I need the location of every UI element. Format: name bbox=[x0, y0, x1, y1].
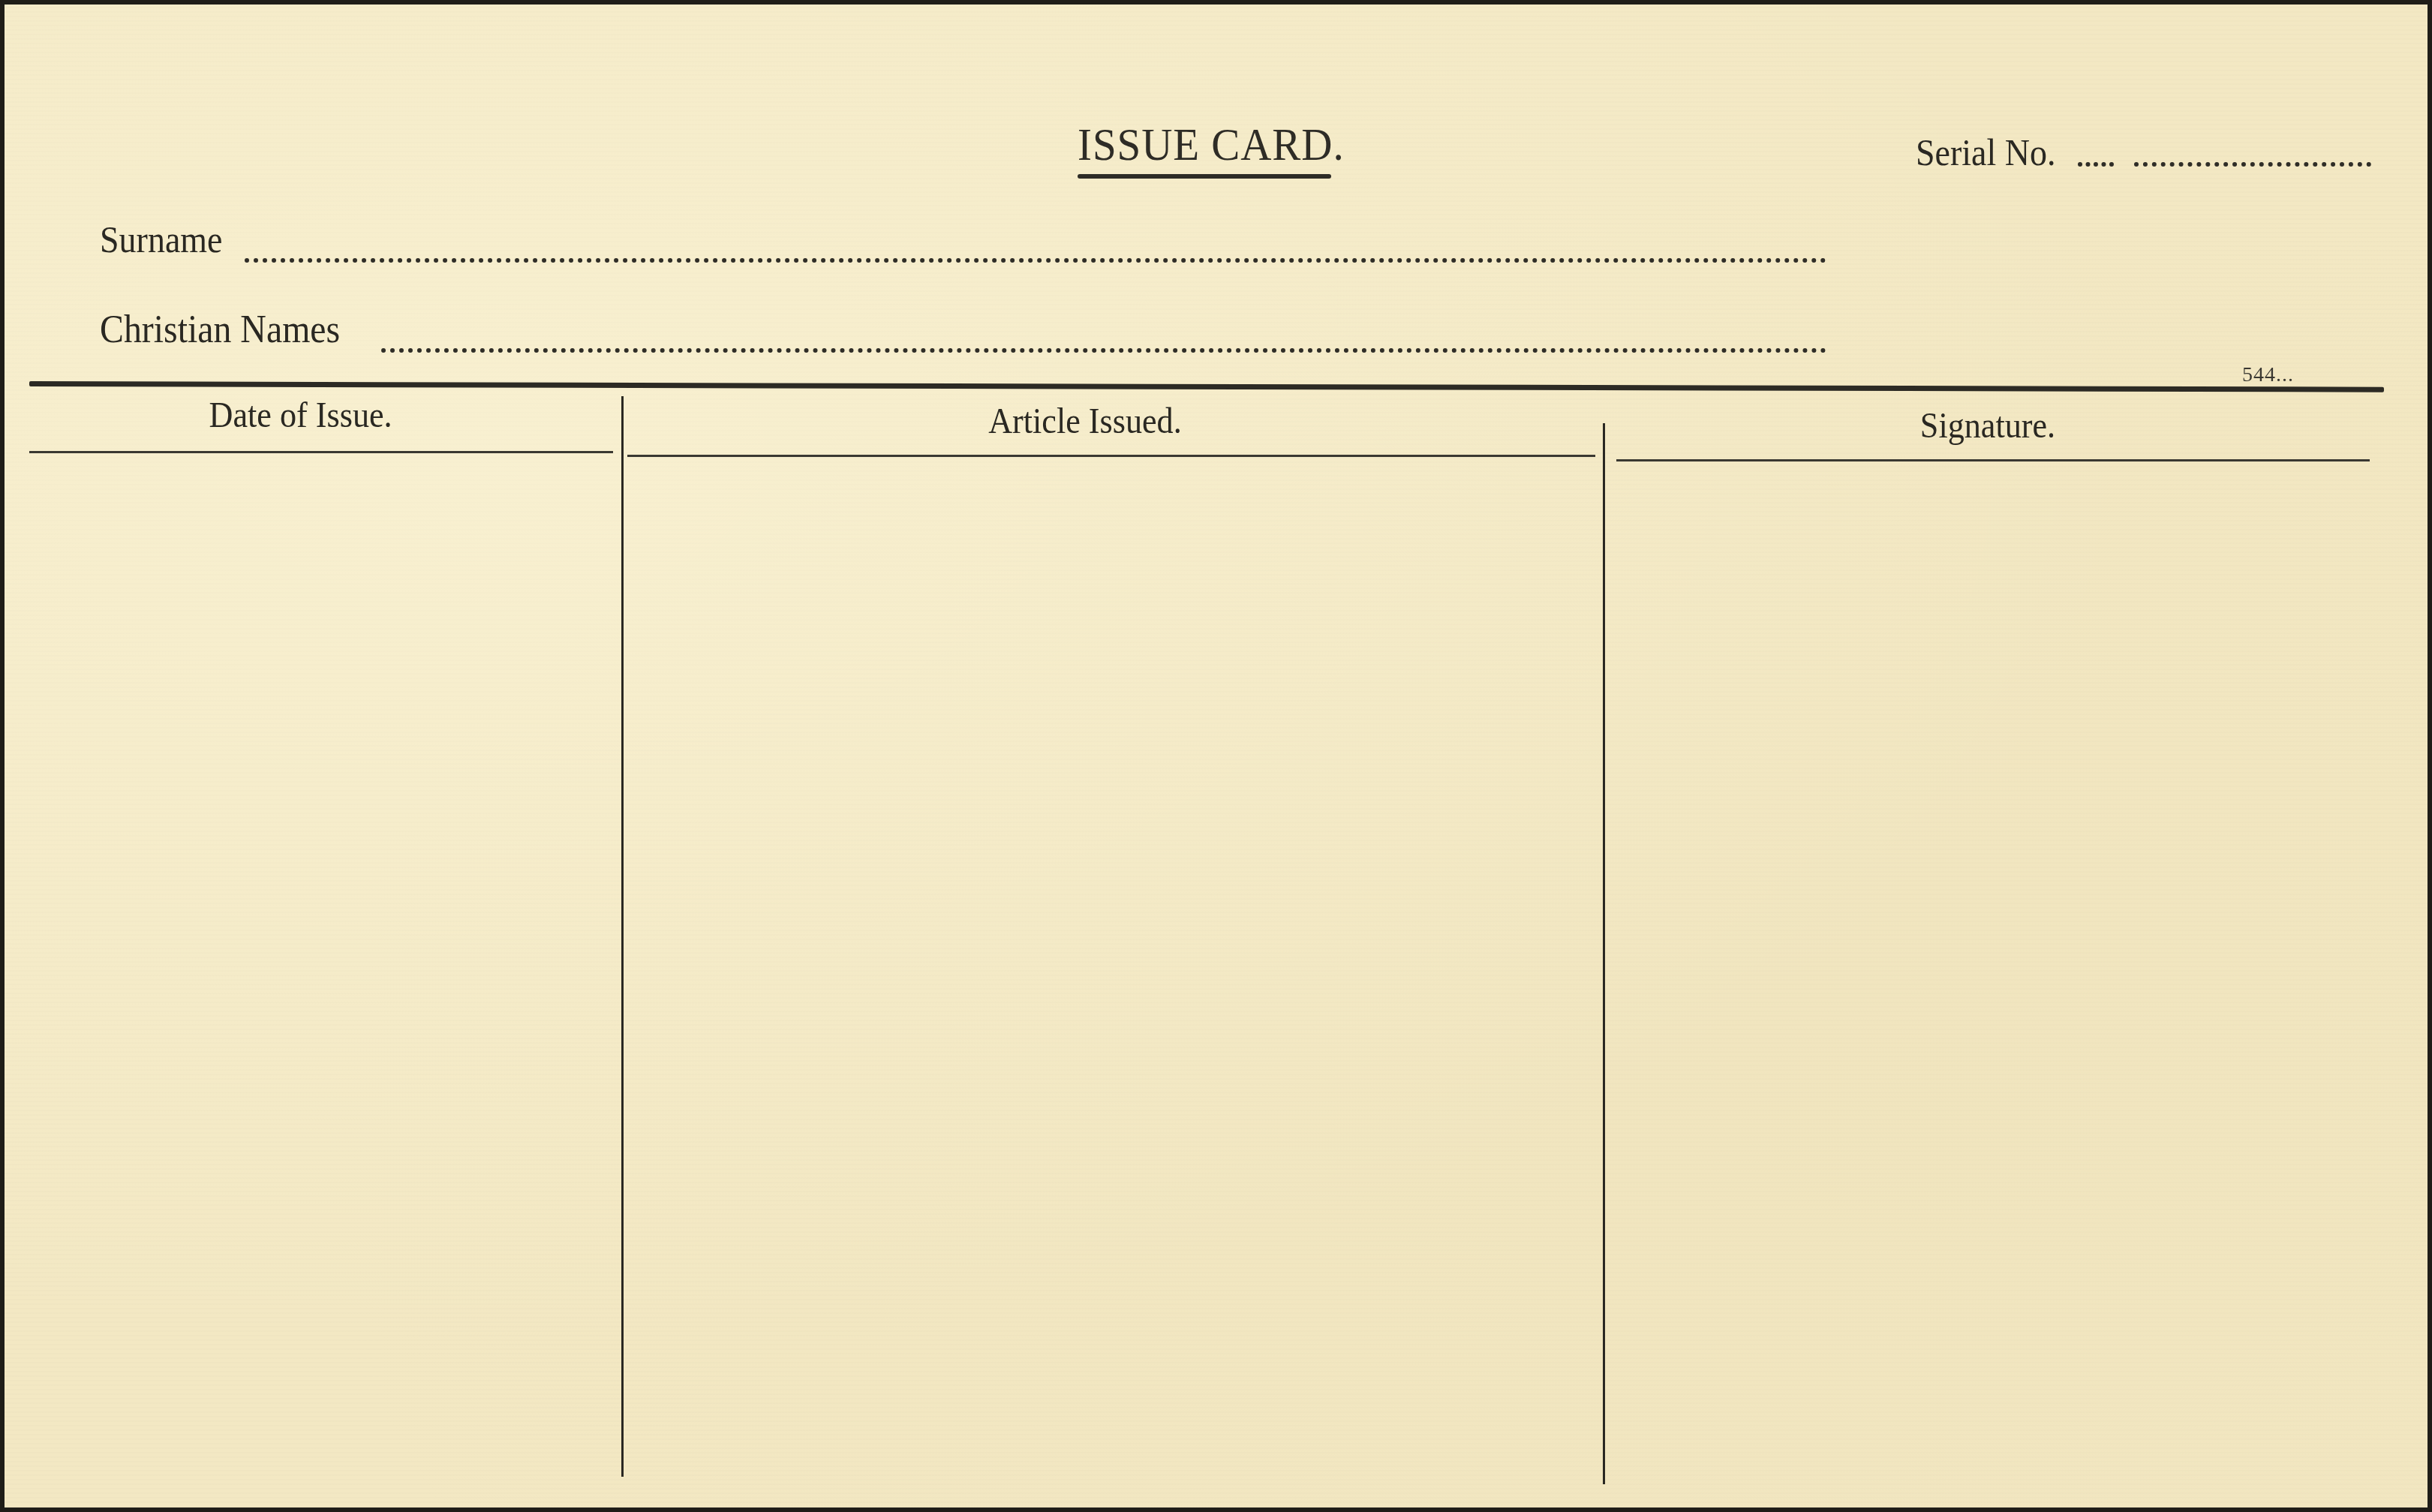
serial-number-label: Serial No. bbox=[1916, 131, 2056, 174]
article-issued-column-area[interactable] bbox=[627, 464, 1599, 1477]
signature-column-area[interactable] bbox=[1609, 464, 2370, 1477]
column-header-signature: Signature. bbox=[1920, 405, 2055, 446]
surname-label: Surname bbox=[100, 218, 223, 261]
serial-number-dotted-line bbox=[2078, 162, 2114, 167]
issue-card: ISSUE CARD. Serial No. Surname Christian… bbox=[5, 5, 2427, 1507]
column-header-date-of-issue: Date of Issue. bbox=[209, 395, 392, 436]
column-header-rule bbox=[627, 455, 1595, 457]
column-divider bbox=[621, 396, 624, 1477]
column-divider bbox=[1603, 423, 1605, 1484]
serial-number-field[interactable] bbox=[2134, 162, 2371, 167]
column-header-article-issued: Article Issued. bbox=[988, 401, 1182, 442]
column-header-rule bbox=[1616, 459, 2370, 461]
title-underline bbox=[1078, 174, 1331, 179]
date-of-issue-column-area[interactable] bbox=[29, 464, 618, 1477]
header-divider-rule bbox=[29, 381, 2384, 392]
column-header-rule bbox=[29, 451, 613, 453]
surname-field[interactable] bbox=[245, 258, 1826, 263]
form-number: 544... bbox=[2242, 363, 2294, 387]
card-title: ISSUE CARD. bbox=[1078, 119, 1345, 172]
christian-names-field[interactable] bbox=[381, 348, 1826, 353]
christian-names-label: Christian Names bbox=[100, 308, 340, 352]
